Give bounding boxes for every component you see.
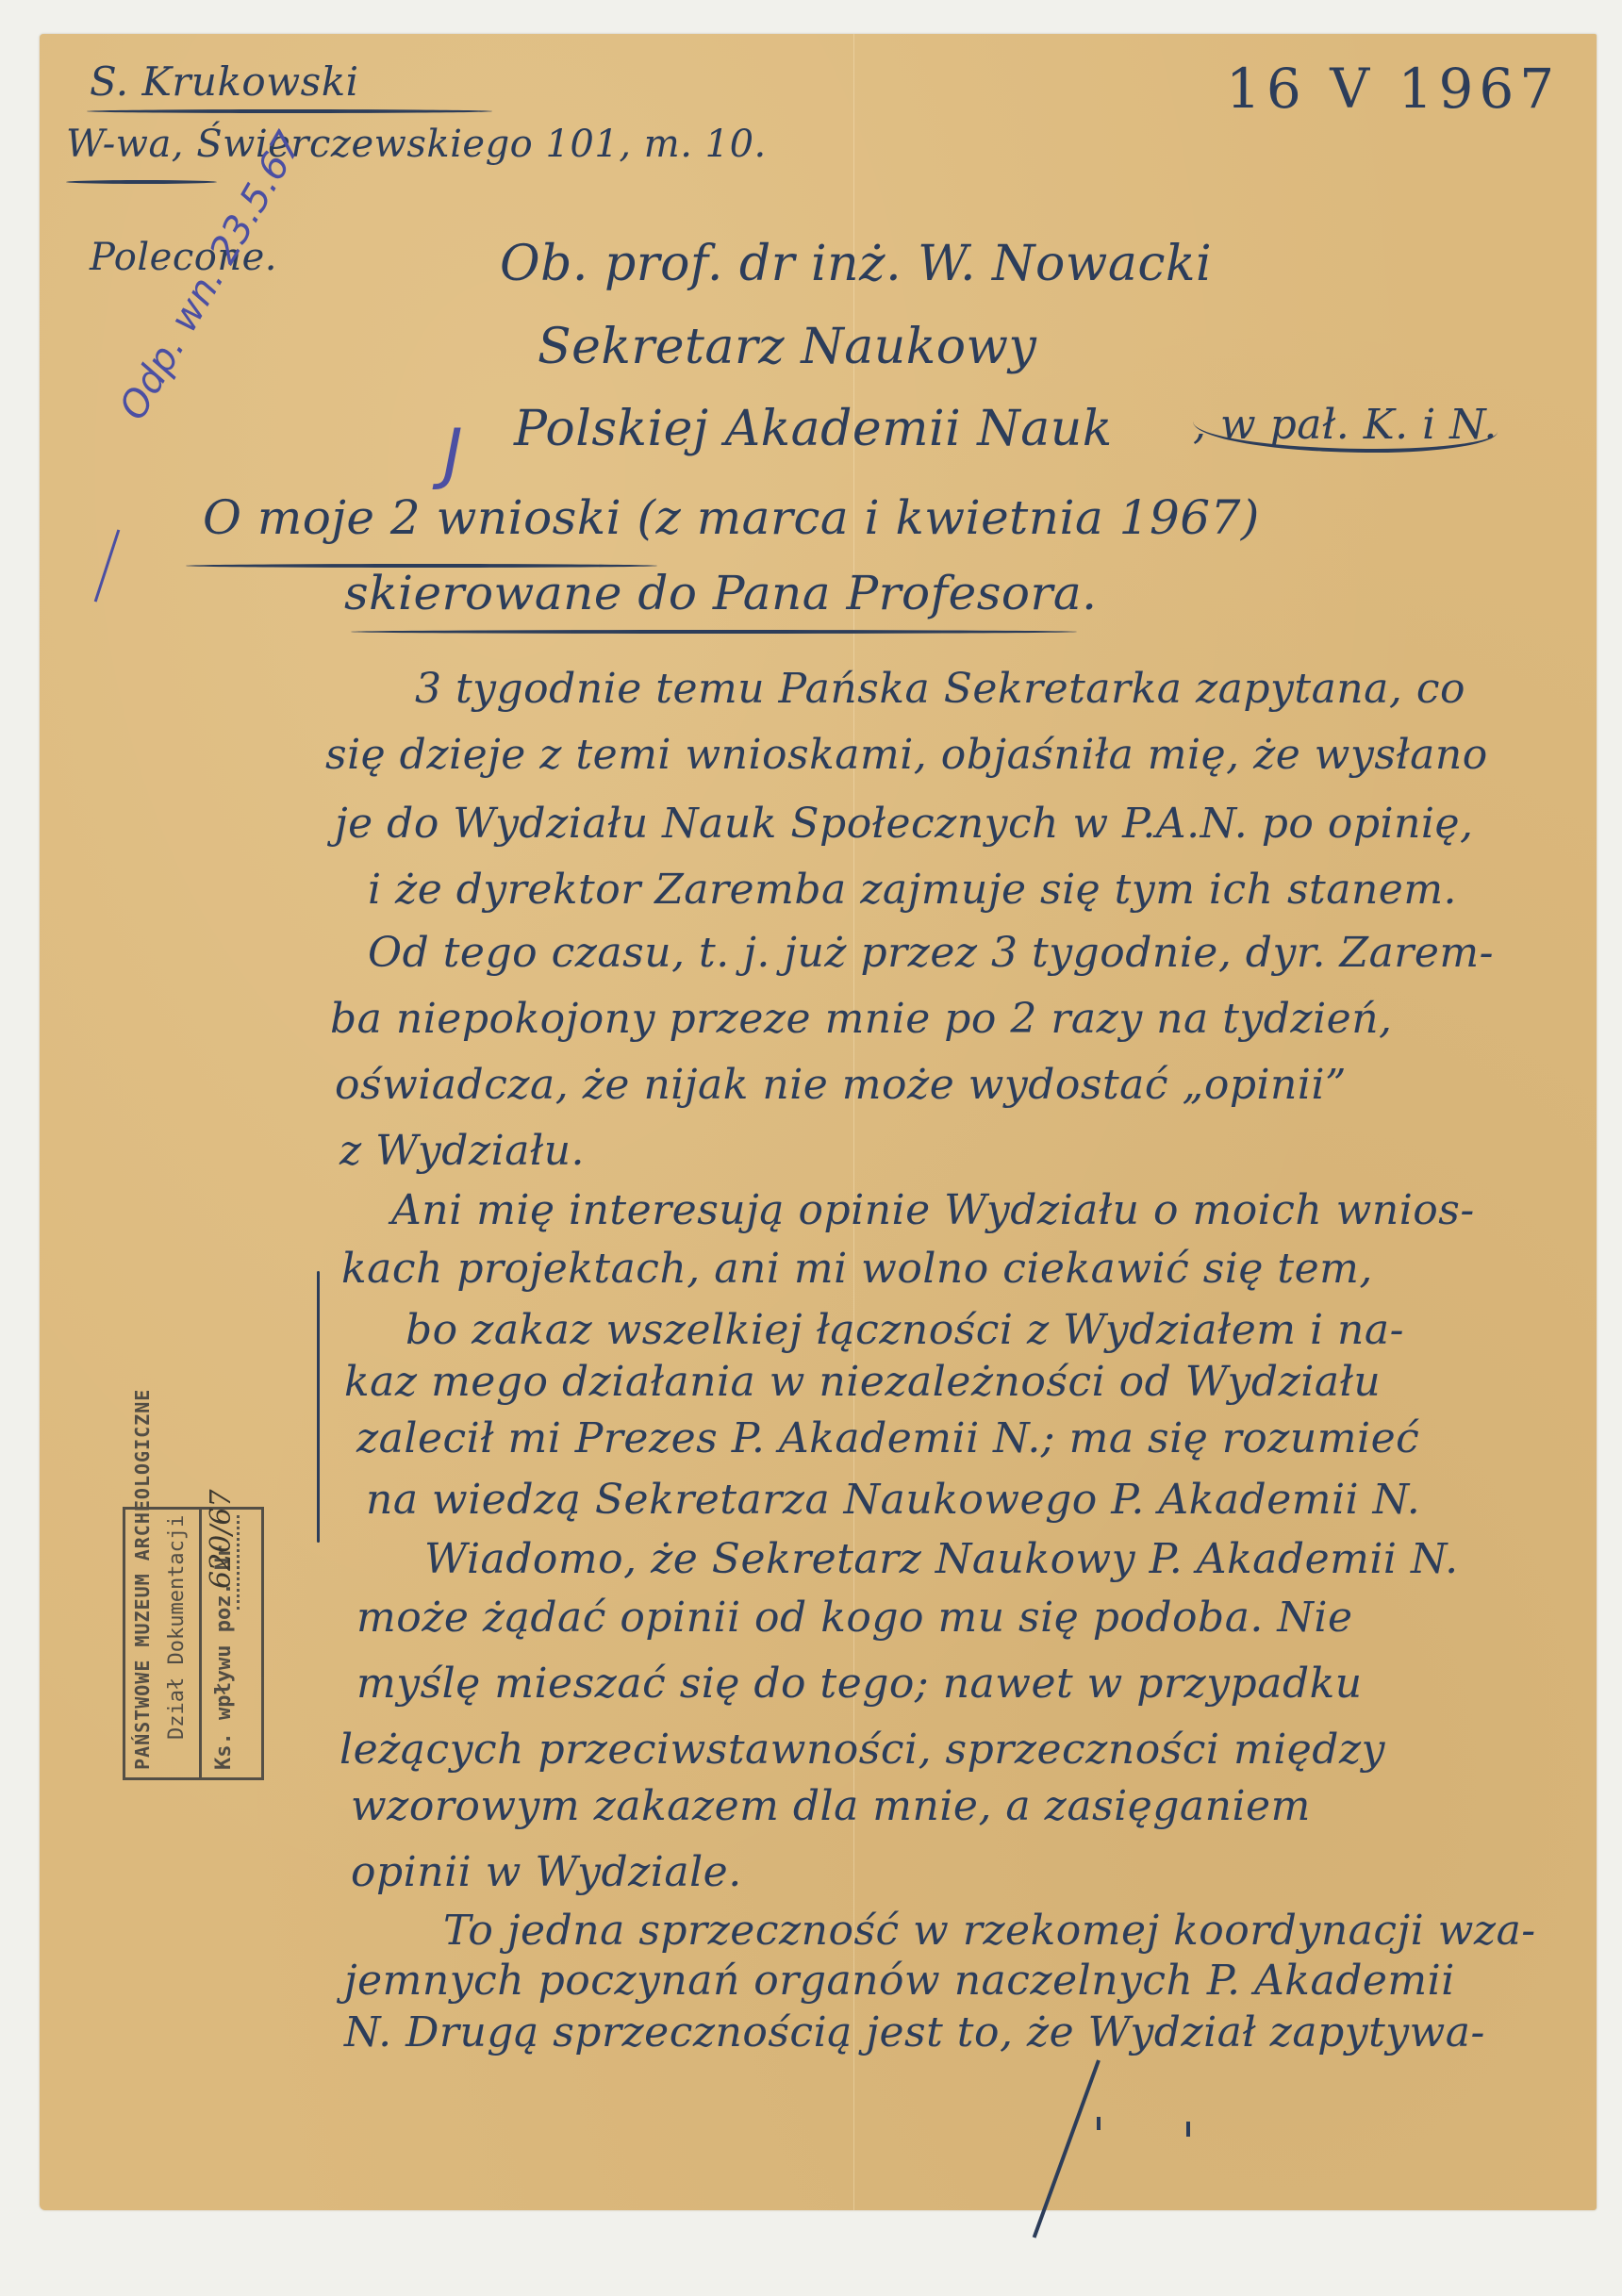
subject-underline-2: [351, 630, 1077, 634]
body-line: na wiedzą Sekretarza Naukowego P. Akadem…: [366, 1476, 1420, 1524]
body-line: je do Wydziału Nauk Społecznych w P.A.N.…: [335, 800, 1474, 848]
addressee-line-1: Ob. prof. dr inż. W. Nowacki: [500, 236, 1212, 292]
body-line: Ani mię interesują opinie Wydziału o moi…: [391, 1186, 1475, 1234]
body-line: Od tego czasu, t. j. już przez 3 tygodni…: [368, 929, 1494, 977]
stamp-divider: [199, 1510, 202, 1777]
body-line: leżących przeciwstawności, sprzeczności …: [339, 1726, 1385, 1774]
addressee-location: , w pał. K. i N.: [1193, 401, 1498, 453]
archive-stamp: PAŃSTWOWE MUZEUM ARCHEOLOGICZNE Dział Do…: [123, 1507, 264, 1780]
body-line: To jedna sprzeczność w rzekomej koordyna…: [443, 1907, 1536, 1955]
margin-initial: J: [443, 415, 463, 492]
stamp-institution: PAŃSTWOWE MUZEUM ARCHEOLOGICZNE: [131, 1389, 154, 1770]
stamp-department: Dział Dokumentacji: [165, 1515, 189, 1740]
body-line: ba niepokojony przeze mnie po 2 razy na …: [330, 995, 1393, 1043]
body-line: może żądać opinii od kogo mu się podoba.…: [356, 1594, 1353, 1642]
body-line: zalecił mi Prezes P. Akademii N.; ma się…: [356, 1414, 1419, 1462]
stamp-dotted-line: [237, 1515, 240, 1610]
body-line: bo zakaz wszelkiej łączności z Wydziałem…: [405, 1306, 1404, 1354]
closing-dot: [1186, 2122, 1190, 2137]
sender-address-underline: [66, 180, 217, 184]
stamp-entry-number: 620/67: [205, 1489, 238, 1589]
body-line: opinii w Wydziale.: [351, 1848, 742, 1896]
body-line: się dzieje z temi wnioskami, objaśniła m…: [325, 731, 1488, 779]
subject-line-2: skierowane do Pana Profesora.: [344, 566, 1098, 620]
body-line: 3 tygodnie temu Pańska Sekretarka zapyta…: [415, 665, 1465, 713]
sender-name: S. Krukowski: [90, 58, 359, 105]
body-line: wzorowym zakazem dla mnie, a zasięganiem: [351, 1782, 1311, 1830]
body-line: oświadcza, że nijak nie może wydostać „o…: [335, 1061, 1347, 1109]
body-line: z Wydziału.: [339, 1127, 585, 1175]
letter-date: 16 V 1967: [1226, 57, 1560, 121]
sender-name-underline: [87, 109, 492, 113]
body-line: i że dyrektor Zaremba zajmuje się tym ic…: [368, 866, 1457, 914]
body-line: kach projektach, ani mi wolno ciekawić s…: [341, 1245, 1373, 1293]
body-line: kaz mego działania w niezależności od Wy…: [344, 1358, 1381, 1406]
addressee-line-3: Polskiej Akademii Nauk: [514, 401, 1113, 457]
body-line: N. Drugą sprzecznością jest to, że Wydzi…: [344, 2008, 1485, 2056]
body-line: jemnych poczynań organów naczelnych P. A…: [344, 1957, 1455, 2005]
subject-line-1: O moje 2 wnioski (z marca i kwietnia 196…: [203, 490, 1260, 545]
body-line: Wiadomo, że Sekretarz Naukowy P. Akademi…: [424, 1535, 1459, 1583]
addressee-line-2: Sekretarz Naukowy: [538, 319, 1036, 375]
sender-address: W-wa, Świerczewskiego 101, m. 10.: [66, 123, 767, 166]
closing-dot: [1097, 2117, 1101, 2130]
body-line: myślę mieszać się do tego; nawet w przyp…: [356, 1660, 1363, 1708]
margin-vertical-line: [317, 1271, 320, 1543]
